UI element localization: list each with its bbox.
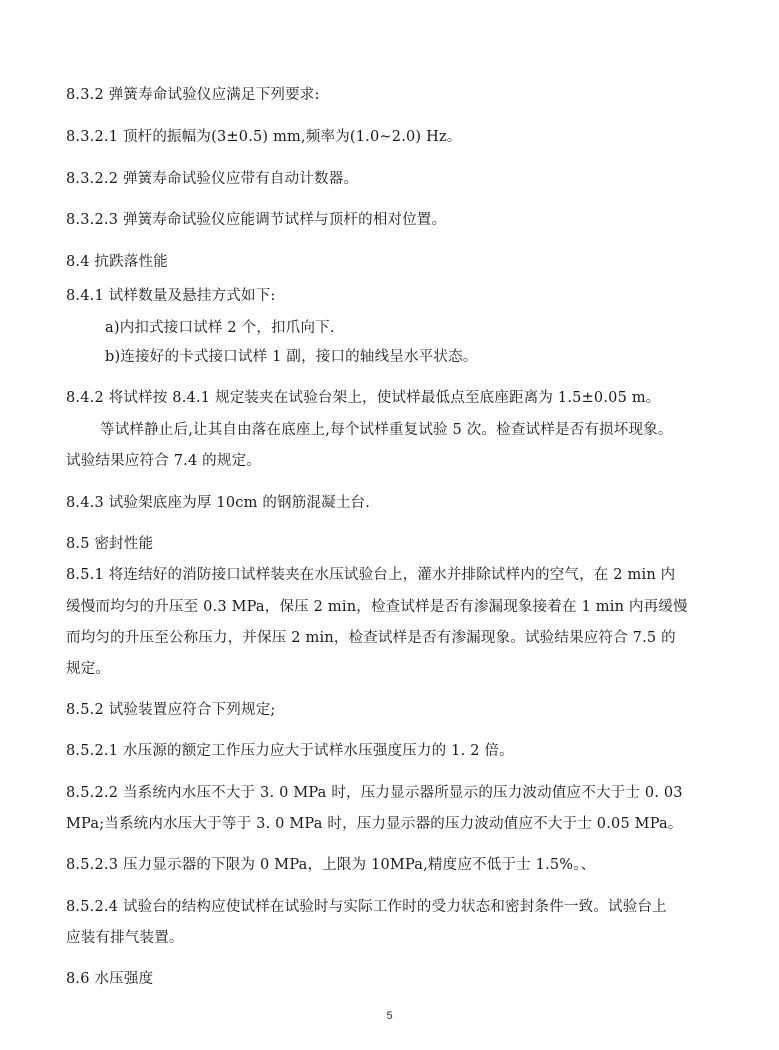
- clause-8-5-2-3: 8.5.2.3 压力显示器的下限为 0 MPa，上限为 10MPa,精度应不低于…: [66, 855, 595, 875]
- clause-8-5-2-2-continued: MPa;当系统内水压大于等于 3. 0 MPa 时，压力显示器的压力波动值应不大…: [66, 814, 683, 834]
- clause-8-3-2: 8.3.2 弹簧寿命试验仪应满足下列要求:: [66, 85, 320, 105]
- clause-8-5-2-4: 8.5.2.4 试验台的结构应使试样在试验时与实际工作时的受力状态和密封条件一致…: [66, 897, 667, 917]
- list-item-b: b)连接好的卡式接口试样 1 副，接口的轴线呈水平状态。: [105, 347, 477, 367]
- clause-8-5-1-continued-3: 规定。: [66, 659, 110, 679]
- clause-8-4-2-continued: 等试样静止后,让其自由落在底座上,每个试样重复试验 5 次。检查试样是否有损坏现…: [100, 420, 673, 440]
- clause-8-4-2-continued-2: 试验结果应符合 7.4 的规定。: [66, 451, 261, 471]
- section-heading-8-5: 8.5 密封性能: [66, 534, 153, 554]
- clause-8-5-1-continued: 缓慢而均匀的升压至 0.3 MPa，保压 2 min，检查试样是否有渗漏现象接着…: [66, 597, 688, 617]
- clause-8-3-2-1: 8.3.2.1 顶杆的振幅为(3±0.5) mm,频率为(1.0~2.0) Hz…: [66, 127, 461, 147]
- clause-8-5-1-continued-2: 而均匀的升压至公称压力，并保压 2 min，检查试样是否有渗漏现象。试验结果应符…: [66, 628, 676, 648]
- clause-8-3-2-2: 8.3.2.2 弹簧寿命试验仪应带有自动计数器。: [66, 169, 358, 189]
- clause-8-5-2: 8.5.2 试验装置应符合下列规定;: [66, 700, 276, 720]
- page-number: 5: [0, 1010, 779, 1022]
- clause-8-5-2-4-continued: 应装有排气装置。: [66, 928, 184, 948]
- clause-8-4-3: 8.4.3 试验架底座为厚 10cm 的钢筋混凝土台.: [66, 493, 370, 513]
- clause-8-5-2-1: 8.5.2.1 水压源的额定工作压力应大于试样水压强度压力的 1. 2 倍。: [66, 741, 514, 761]
- clause-8-4-2: 8.4.2 将试样按 8.4.1 规定装夹在试验台架上，使试样最低点至底座距离为…: [66, 388, 660, 408]
- clause-8-5-2-2: 8.5.2.2 当系统内水压不大于 3. 0 MPa 时，压力显示器所显示的压力…: [66, 783, 683, 803]
- clause-8-5-1: 8.5.1 将连结好的消防接口试样装夹在水压试验台上，灌水并排除试样内的空气，在…: [66, 565, 675, 585]
- clause-8-3-2-3: 8.3.2.3 弹簧寿命试验仪应能调节试样与顶杆的相对位置。: [66, 210, 446, 230]
- clause-8-4-1: 8.4.1 试样数量及悬挂方式如下:: [66, 286, 276, 306]
- section-heading-8-6: 8.6 水压强度: [66, 969, 153, 989]
- list-item-a: a)内扣式接口试样 2 个，扣爪向下.: [105, 318, 335, 338]
- section-heading-8-4: 8.4 抗跌落性能: [66, 252, 168, 272]
